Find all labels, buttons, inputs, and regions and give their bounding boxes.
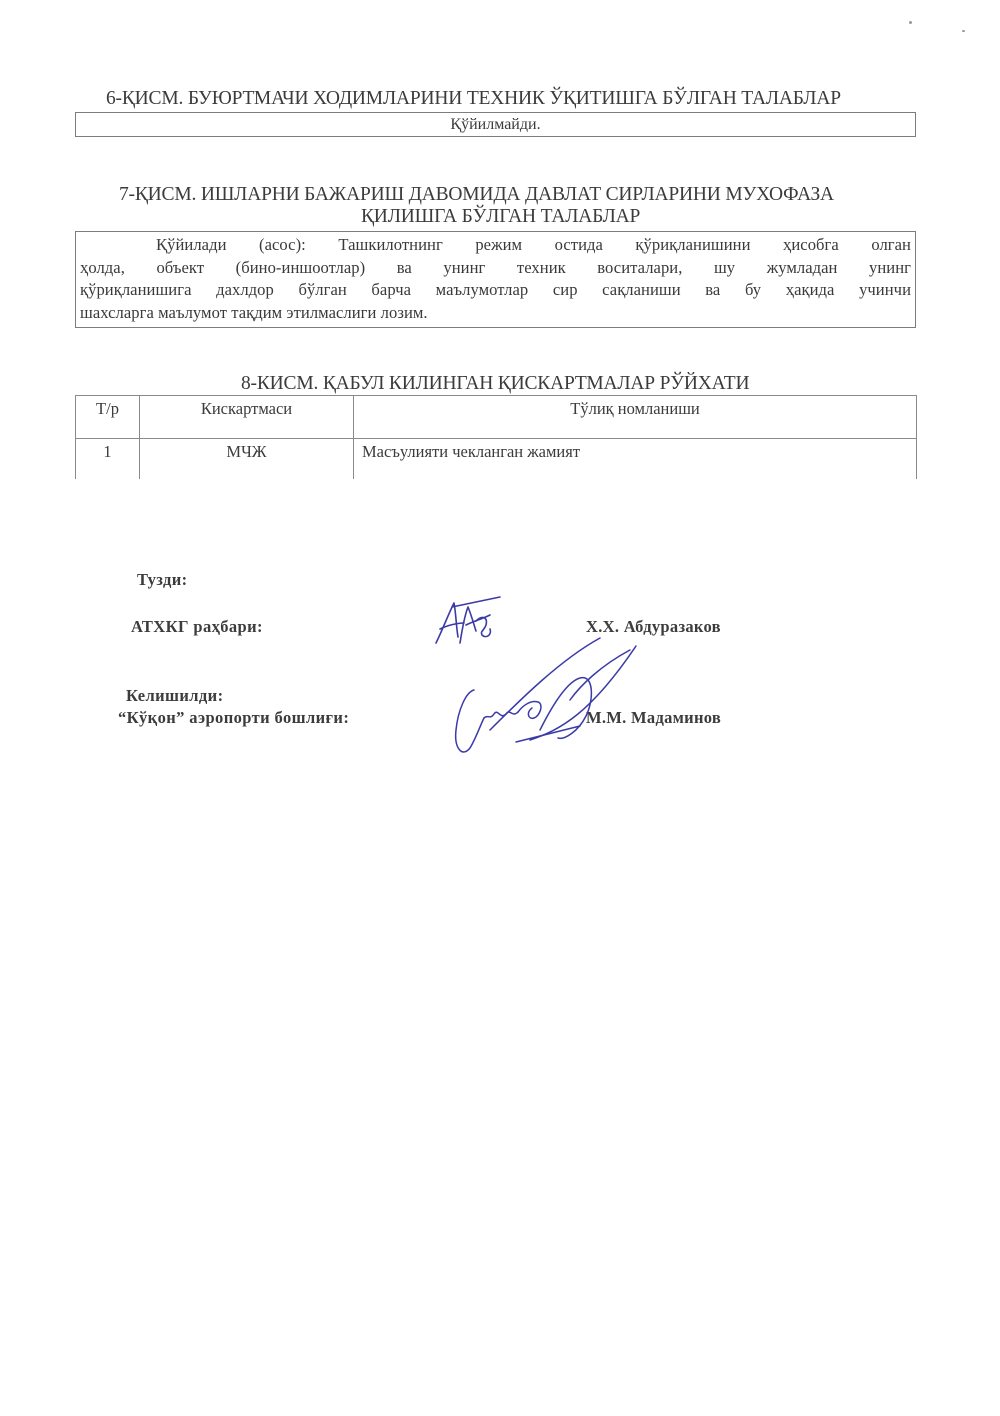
cell-number: 1 <box>76 439 140 480</box>
section6-heading: 6-ҚИСМ. БУЮРТМАЧИ ХОДИМЛАРИНИ ТЕХНИК ЎҚИ… <box>106 88 841 110</box>
column-header-number: Т/р <box>76 396 140 439</box>
signature-madaminov-icon <box>440 630 650 760</box>
scan-speck <box>909 21 912 24</box>
agreed-label: Келишилди: <box>126 686 223 706</box>
section7-line: қўриқланишига дахлдор бўлган барча маълу… <box>80 279 911 302</box>
abbreviations-table: Т/р Кискартмаси Тўлиқ номланиши 1 МЧЖ Ма… <box>75 395 917 479</box>
section7-heading-line1: 7-ҚИСМ. ИШЛАРНИ БАЖАРИШ ДАВОМИДА ДАВЛАТ … <box>119 184 834 206</box>
section7-line: шахсларга маълумот тақдим этилмаслиги ло… <box>80 302 911 325</box>
column-header-abbreviation: Кискартмаси <box>140 396 354 439</box>
table-row: 1 МЧЖ Масъулияти чекланган жамият <box>76 439 917 480</box>
compiled-role: АТХКГ раҳбари: <box>131 617 263 637</box>
section6-content: Қўйилмайди. <box>450 116 540 133</box>
section7-line: ҳолда, объект (бино-иншоотлар) ва унинг … <box>80 257 911 280</box>
section6-box: Қўйилмайди. <box>75 112 916 137</box>
table-header-row: Т/р Кискартмаси Тўлиқ номланиши <box>76 396 917 439</box>
section8-heading: 8-КИСМ. ҚАБУЛ КИЛИНГАН ҚИСКАРТМАЛАР РЎЙХ… <box>241 373 749 395</box>
compiled-label: Тузди: <box>137 570 188 590</box>
column-header-full-name: Тўлиқ номланиши <box>354 396 917 439</box>
cell-abbreviation: МЧЖ <box>140 439 354 480</box>
scan-speck <box>962 30 965 32</box>
section7-heading-line2: ҚИЛИШГА БЎЛГАН ТАЛАБЛАР <box>361 206 640 228</box>
cell-full-name: Масъулияти чекланган жамият <box>354 439 917 480</box>
section7-box: Қўйилади (асос): Ташкилотнинг режим ости… <box>75 231 916 328</box>
section7-line: Қўйилади (асос): Ташкилотнинг режим ости… <box>80 234 911 257</box>
agreed-role: “Кўқон” аэропорти бошлиғи: <box>118 708 349 728</box>
